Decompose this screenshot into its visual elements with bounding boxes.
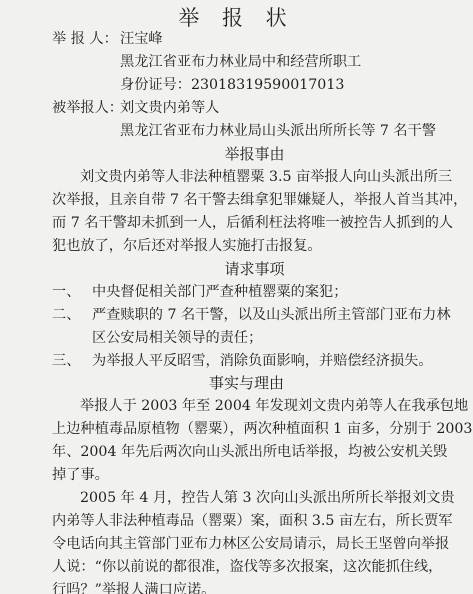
facts-line: 令电话向其主管部门亚布力林区公安局请示，局长王坚曾向举报: [52, 533, 449, 555]
reasons-line: 刘文贵内弟等人非法种植罂粟 3.5 亩举报人向山头派出所三: [80, 166, 452, 188]
accused-name: 刘文贵内弟等人: [120, 97, 219, 119]
accused-detail: 黑龙江省亚布力林业局山头派出所所长等 7 名干警: [120, 120, 436, 142]
section-heading-facts: 事实与理由: [0, 372, 473, 394]
facts-line: 掉了事。: [52, 464, 109, 486]
reasons-line: 犯也放了，尔后还对举报人实施打击报复。: [52, 235, 322, 257]
reporter-id-number: 身份证号：23018319590017013: [120, 74, 344, 96]
section-heading-requests: 请求事项: [0, 258, 473, 280]
request-number: 三、: [52, 350, 80, 372]
facts-line: 2005 年 4 月，控告人第 3 次向山头派出所所长举报刘文贵: [80, 487, 455, 509]
request-number: 二、: [52, 304, 80, 326]
accused-label: 被举报人：: [52, 97, 123, 119]
facts-line: 年、2004 年先后两次向山头派出所电话举报，均被公安机关毁: [52, 441, 447, 463]
facts-line: 内弟等人非法种植毒品（罂粟）案，面积 3.5 亩左右，所长贾军: [52, 510, 452, 532]
reporter-affiliation: 黑龙江省亚布力林业局中和经营所职工: [120, 51, 361, 73]
reasons-line: 次举报，且亲自带 7 名干警去缉拿犯罪嫌疑人，举报人首当其冲，: [52, 189, 467, 211]
facts-line: 上边种植毒品原植物（罂粟），两次种植面积 1 亩多，分别于 2003: [52, 418, 472, 440]
facts-line: 人说：“你以前说的都很准，盗伐等多次报案，这次能抓住线，: [52, 556, 442, 578]
reporter-label: 举 报 人：: [52, 28, 118, 50]
reasons-line: 而 7 名干警却未抓到一人，后循利枉法将唯一被控告人抓到的人: [52, 212, 453, 234]
request-item: 为举报人平反昭雪，消除负面影响，并赔偿经济损失。: [92, 350, 433, 372]
section-heading-reasons: 举报事由: [0, 143, 473, 165]
request-item: 中央督促相关部门严查种植罂粟的案犯；: [92, 281, 347, 303]
facts-line: 举报人于 2003 年至 2004 年发现刘文贵内弟等人在我承包地: [80, 395, 468, 417]
request-item: 区公安局相关领导的责任；: [92, 327, 262, 349]
reporter-name: 汪宝峰: [120, 28, 163, 50]
request-number: 一、: [52, 281, 80, 303]
document-page: 举 报 状 举 报 人： 汪宝峰 黑龙江省亚布力林业局中和经营所职工 身份证号：…: [0, 0, 473, 594]
facts-line: 行吗？”举报人满口应诺。: [52, 579, 215, 594]
request-item: 严查赎职的 7 名干警，以及山头派出所主管部门亚布力林: [92, 304, 451, 326]
